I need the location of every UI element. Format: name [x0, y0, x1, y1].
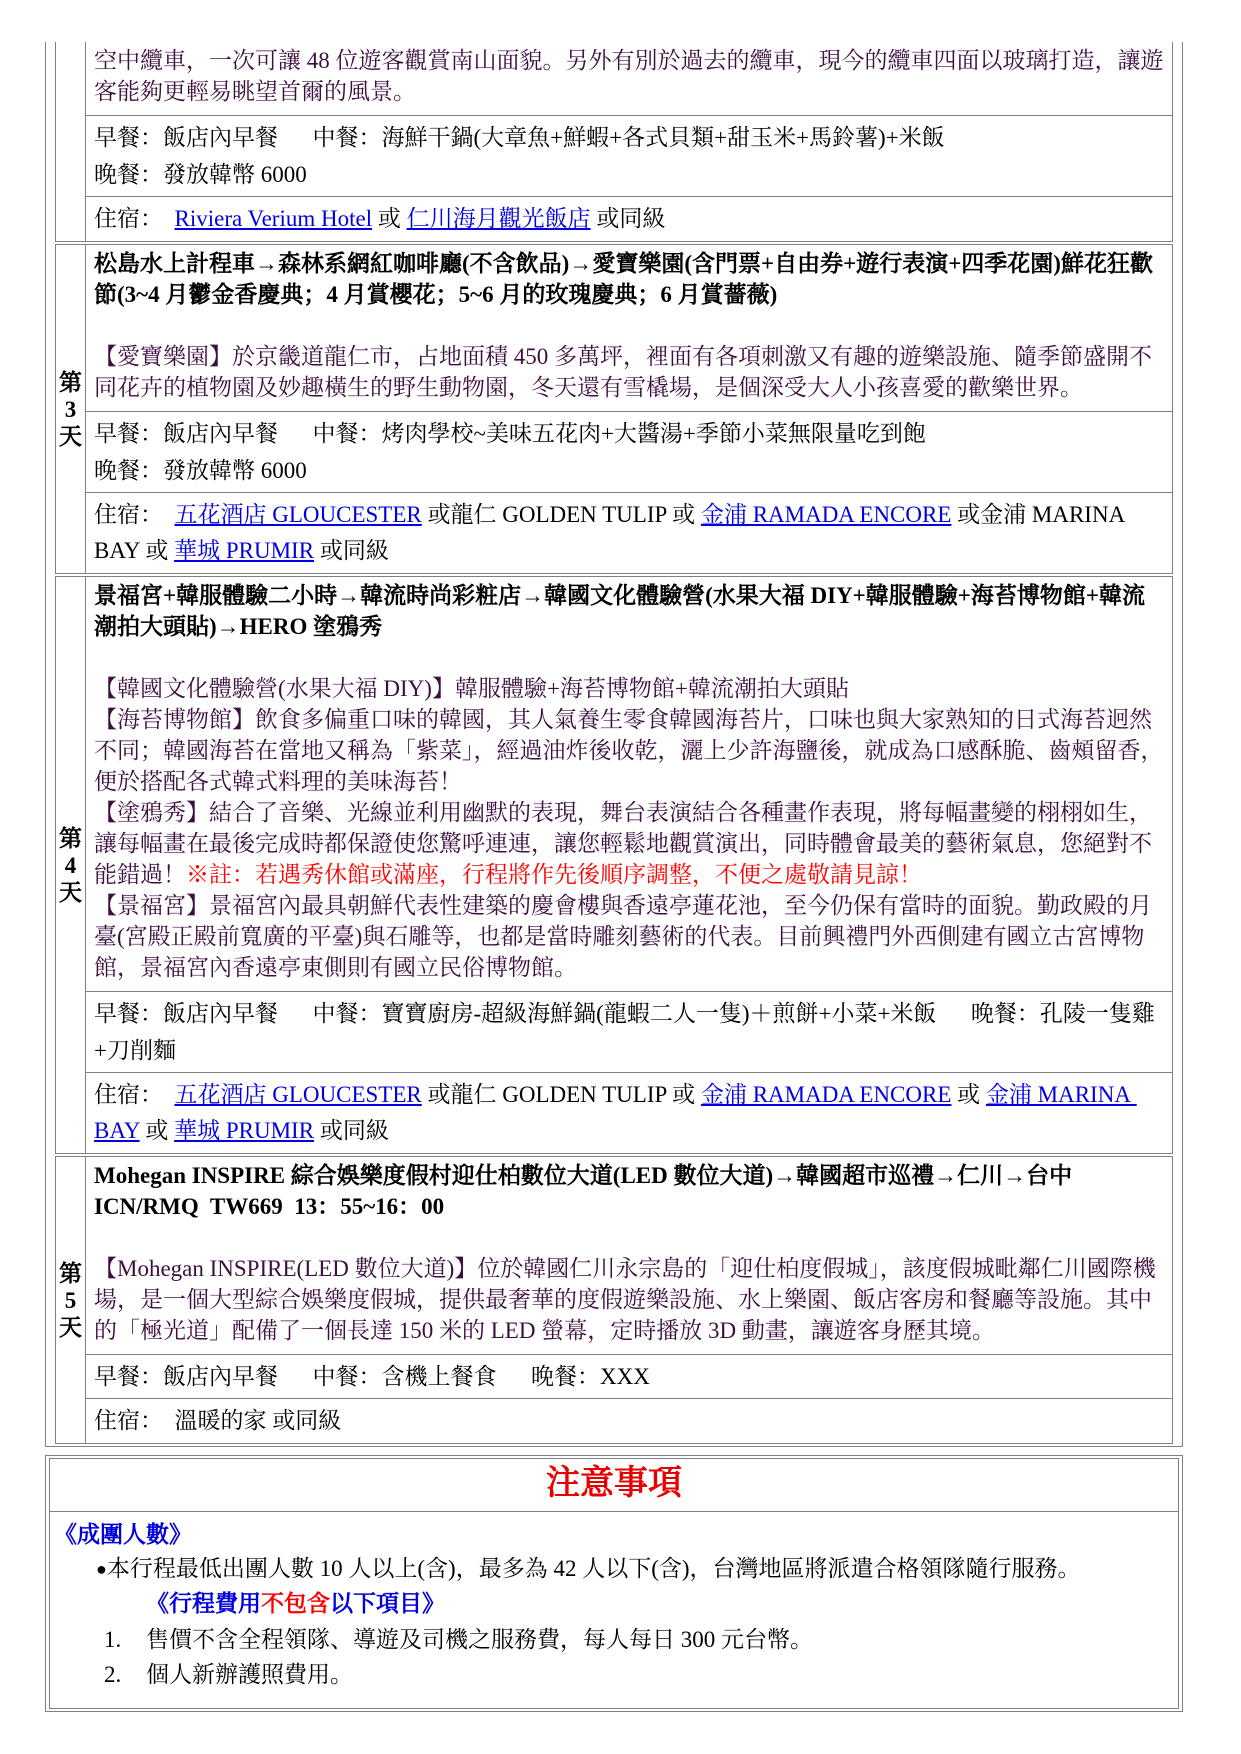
day-title: 景福宮+韓服體驗二小時→韓流時尚彩粧店→韓國文化體驗營(水果大福 DIY+韓服體… [94, 580, 1164, 642]
notes-inner: 注意事項 《成團人數》 ●本行程最低出團人數 10 人以上(含)，最多為 42 … [49, 1458, 1179, 1709]
day-label-cell: 第4天 [56, 577, 86, 1153]
hotel-link[interactable]: 金浦 RAMADA ENCORE [701, 1082, 951, 1107]
lodging-text: 或龍仁 GOLDEN TULIP 或 [422, 1082, 701, 1107]
notes-numbered-item: 1.售價不含全程領隊、導遊及司機之服務費，每人每日 300 元台幣。 [54, 1622, 1170, 1657]
meals-cell: 早餐：飯店內早餐 中餐：烤肉學校~美味五花肉+大醬湯+季節小菜無限量吃到飽晚餐：… [86, 411, 1172, 492]
numbered-item-number: 2. [54, 1657, 146, 1692]
day-group: 第3天松島水上計程車→森林系網紅咖啡廳(不含飲品)→愛寶樂園(含門票+自由券+遊… [55, 244, 1173, 574]
hotel-link[interactable]: 金浦 RAMADA ENCORE [701, 502, 951, 527]
day-label-cell: 第3天 [56, 245, 86, 573]
notes-table: 注意事項 《成團人數》 ●本行程最低出團人數 10 人以上(含)，最多為 42 … [45, 1455, 1183, 1712]
description-text: 【韓國文化體驗營(水果大福 DIY)】韓服體驗+海苔博物館+韓流潮拍大頭貼 [94, 676, 849, 701]
meals-cell: 早餐：飯店內早餐 中餐：含機上餐食 晚餐：XXX [86, 1354, 1172, 1398]
day-group: 第4天景福宮+韓服體驗二小時→韓流時尚彩粧店→韓國文化體驗營(水果大福 DIY+… [55, 576, 1173, 1154]
day-content: 景福宮+韓服體驗二小時→韓流時尚彩粧店→韓國文化體驗營(水果大福 DIY+韓服體… [86, 577, 1172, 1153]
notes-numbered-list: 1.售價不含全程領隊、導遊及司機之服務費，每人每日 300 元台幣。2.個人新辦… [54, 1622, 1170, 1692]
title-gap [94, 642, 1164, 673]
notes-body: 《成團人數》 ●本行程最低出團人數 10 人以上(含)，最多為 42 人以下(含… [50, 1512, 1178, 1708]
day-label-char: 第 [59, 1260, 82, 1287]
day-description: 【塗鴉秀】結合了音樂、光線並利用幽默的表現，舞台表演結合各種畫作表現，將每幅畫變… [94, 797, 1164, 890]
title-gap [94, 1222, 1164, 1253]
description-text: 【Mohegan INSPIRE(LED 數位大道)】位於韓國仁川永宗島的「迎仕… [94, 1256, 1156, 1343]
day-label-char: 第 [59, 825, 82, 852]
subheading-excluded-word: 不包含 [261, 1591, 330, 1616]
schedule-change-note: ※註：若遇秀休館或滿座，行程將作先後順序調整，不便之處敬請見諒！ [186, 862, 922, 887]
hotel-link[interactable]: 仁川海月觀光飯店 [407, 206, 591, 231]
meal-line: 早餐：飯店內早餐 中餐：海鮮干鍋(大章魚+鮮蝦+各式貝類+甜玉米+馬鈴薯)+米飯 [94, 119, 1164, 156]
subheading-text: 以下項目》 [330, 1591, 445, 1616]
lodging-text: 或龍仁 GOLDEN TULIP 或 [422, 502, 701, 527]
notes-bullet-text: 本行程最低出團人數 10 人以上(含)，最多為 42 人以下(含)，台灣地區將派… [107, 1552, 1170, 1586]
meal-line: 晚餐：發放韓幣 6000 [94, 452, 1164, 489]
hotel-link[interactable]: 華城 PRUMIR [174, 1118, 314, 1143]
lodging-text: 或同級 [314, 1118, 389, 1143]
meals-cell: 早餐：飯店內早餐 中餐：寶寶廚房-超級海鮮鍋(龍蝦二人一隻)＋煎餅+小菜+米飯 … [86, 991, 1172, 1072]
day-label-char: 第 [59, 369, 82, 396]
day-label-char: 3 [65, 396, 77, 423]
day-label-cell [56, 42, 86, 241]
day-label-char: 4 [65, 852, 77, 879]
day-content: 松島水上計程車→森林系網紅咖啡廳(不含飲品)→愛寶樂園(含門票+自由券+遊行表演… [86, 245, 1172, 573]
day-label-char: 天 [59, 1314, 82, 1341]
hotel-link[interactable]: 五花酒店 GLOUCESTER [175, 1082, 422, 1107]
day-group: 空中纜車，一次可讓 48 位遊客觀賞南山面貌。另外有別於過去的纜車，現今的纜車四… [55, 42, 1173, 242]
day-description: 空中纜車，一次可讓 48 位遊客觀賞南山面貌。另外有別於過去的纜車，現今的纜車四… [94, 45, 1164, 107]
description-text: 【愛寶樂園】於京畿道龍仁市，占地面積 450 多萬坪，裡面有各項刺激又有趣的遊樂… [94, 344, 1152, 400]
bullet-icon: ● [54, 1552, 107, 1586]
day-content: Mohegan INSPIRE 綜合娛樂度假村迎仕柏數位大道(LED 數位大道)… [86, 1157, 1172, 1443]
numbered-item-number: 1. [54, 1622, 146, 1657]
lodging-cell: 住宿： Riviera Verium Hotel 或 仁川海月觀光飯店 或同級 [86, 196, 1172, 241]
lodging-text: 住宿： [94, 206, 175, 231]
day-label-char: 天 [59, 879, 82, 906]
subheading-text: 《行程費用 [146, 1591, 261, 1616]
lodging-text: 或同級 [314, 538, 389, 563]
notes-numbered-item: 2.個人新辦護照費用。 [54, 1657, 1170, 1692]
description-text: 【海苔博物館】飲食多偏重口味的韓國，其人氣養生零食韓國海苔片，口味也與大家熟知的… [94, 707, 1164, 794]
meal-line: 晚餐：發放韓幣 6000 [94, 156, 1164, 193]
day-label-cell: 第5天 [56, 1157, 86, 1443]
notes-bullet-item: ●本行程最低出團人數 10 人以上(含)，最多為 42 人以下(含)，台灣地區將… [54, 1552, 1170, 1586]
hotel-link[interactable]: 五花酒店 GLOUCESTER [175, 502, 422, 527]
itinerary-table: 空中纜車，一次可讓 48 位遊客觀賞南山面貌。另外有別於過去的纜車，現今的纜車四… [45, 42, 1183, 1447]
day-description: 【海苔博物館】飲食多偏重口味的韓國，其人氣養生零食韓國海苔片，口味也與大家熟知的… [94, 704, 1164, 797]
day-label-char: 天 [59, 423, 82, 450]
lodging-text: 或 [951, 1082, 986, 1107]
document-page: 空中纜車，一次可讓 48 位遊客觀賞南山面貌。另外有別於過去的纜車，現今的纜車四… [0, 0, 1241, 1712]
meal-line: 早餐：飯店內早餐 中餐：寶寶廚房-超級海鮮鍋(龍蝦二人一隻)＋煎餅+小菜+米飯 … [94, 995, 1164, 1069]
itinerary-main-cell: 松島水上計程車→森林系網紅咖啡廳(不含飲品)→愛寶樂園(含門票+自由券+遊行表演… [86, 245, 1172, 411]
lodging-cell: 住宿： 五花酒店 GLOUCESTER 或龍仁 GOLDEN TULIP 或 金… [86, 492, 1172, 573]
day-title: Mohegan INSPIRE 綜合娛樂度假村迎仕柏數位大道(LED 數位大道)… [94, 1160, 1164, 1222]
meal-line: 早餐：飯店內早餐 中餐：烤肉學校~美味五花肉+大醬湯+季節小菜無限量吃到飽 [94, 415, 1164, 452]
day-description: 【韓國文化體驗營(水果大福 DIY)】韓服體驗+海苔博物館+韓流潮拍大頭貼 [94, 673, 1164, 704]
description-text: 【景福宮】景福宮內最具朝鮮代表性建築的慶會樓與香遠亭蓮花池，至今仍保有當時的面貌… [94, 893, 1152, 980]
day-title: 松島水上計程車→森林系網紅咖啡廳(不含飲品)→愛寶樂園(含門票+自由券+遊行表演… [94, 248, 1164, 310]
lodging-text: 住宿： [94, 1082, 175, 1107]
day-description: 【愛寶樂園】於京畿道龍仁市，占地面積 450 多萬坪，裡面有各項刺激又有趣的遊樂… [94, 341, 1164, 403]
itinerary-main-cell: 空中纜車，一次可讓 48 位遊客觀賞南山面貌。另外有別於過去的纜車，現今的纜車四… [86, 42, 1172, 115]
lodging-text: 或 [372, 206, 407, 231]
day-group: 第5天Mohegan INSPIRE 綜合娛樂度假村迎仕柏數位大道(LED 數位… [55, 1156, 1173, 1444]
notes-bullet-list: ●本行程最低出團人數 10 人以上(含)，最多為 42 人以下(含)，台灣地區將… [54, 1552, 1170, 1586]
notes-subheading: 《行程費用不包含以下項目》 [54, 1586, 1170, 1622]
notes-section-heading: 《成團人數》 [54, 1517, 1170, 1552]
meal-line: 早餐：飯店內早餐 中餐：含機上餐食 晚餐：XXX [94, 1358, 1164, 1395]
day-label-char: 5 [65, 1287, 77, 1314]
day-description: 【Mohegan INSPIRE(LED 數位大道)】位於韓國仁川永宗島的「迎仕… [94, 1253, 1164, 1346]
hotel-link[interactable]: Riviera Verium Hotel [175, 206, 373, 231]
lodging-text: 或 [140, 1118, 175, 1143]
lodging-cell: 住宿： 溫暖的家 或同級 [86, 1398, 1172, 1443]
hotel-link[interactable]: 華城 PRUMIR [174, 538, 314, 563]
itinerary-day-groups: 空中纜車，一次可讓 48 位遊客觀賞南山面貌。另外有別於過去的纜車，現今的纜車四… [55, 42, 1173, 1444]
meals-cell: 早餐：飯店內早餐 中餐：海鮮干鍋(大章魚+鮮蝦+各式貝類+甜玉米+馬鈴薯)+米飯… [86, 115, 1172, 196]
itinerary-main-cell: Mohegan INSPIRE 綜合娛樂度假村迎仕柏數位大道(LED 數位大道)… [86, 1157, 1172, 1354]
day-description: 【景福宮】景福宮內最具朝鮮代表性建築的慶會樓與香遠亭蓮花池，至今仍保有當時的面貌… [94, 890, 1164, 983]
day-content: 空中纜車，一次可讓 48 位遊客觀賞南山面貌。另外有別於過去的纜車，現今的纜車四… [86, 42, 1172, 241]
description-text: 空中纜車，一次可讓 48 位遊客觀賞南山面貌。另外有別於過去的纜車，現今的纜車四… [94, 48, 1164, 104]
itinerary-main-cell: 景福宮+韓服體驗二小時→韓流時尚彩粧店→韓國文化體驗營(水果大福 DIY+韓服體… [86, 577, 1172, 991]
notes-title: 注意事項 [50, 1459, 1178, 1512]
numbered-item-text: 售價不含全程領隊、導遊及司機之服務費，每人每日 300 元台幣。 [146, 1622, 1170, 1657]
lodging-text: 住宿： 溫暖的家 或同級 [94, 1408, 341, 1433]
title-gap [94, 310, 1164, 341]
lodging-text: 或同級 [591, 206, 666, 231]
lodging-text: 住宿： [94, 502, 175, 527]
numbered-item-text: 個人新辦護照費用。 [146, 1657, 1170, 1692]
lodging-cell: 住宿： 五花酒店 GLOUCESTER 或龍仁 GOLDEN TULIP 或 金… [86, 1072, 1172, 1153]
